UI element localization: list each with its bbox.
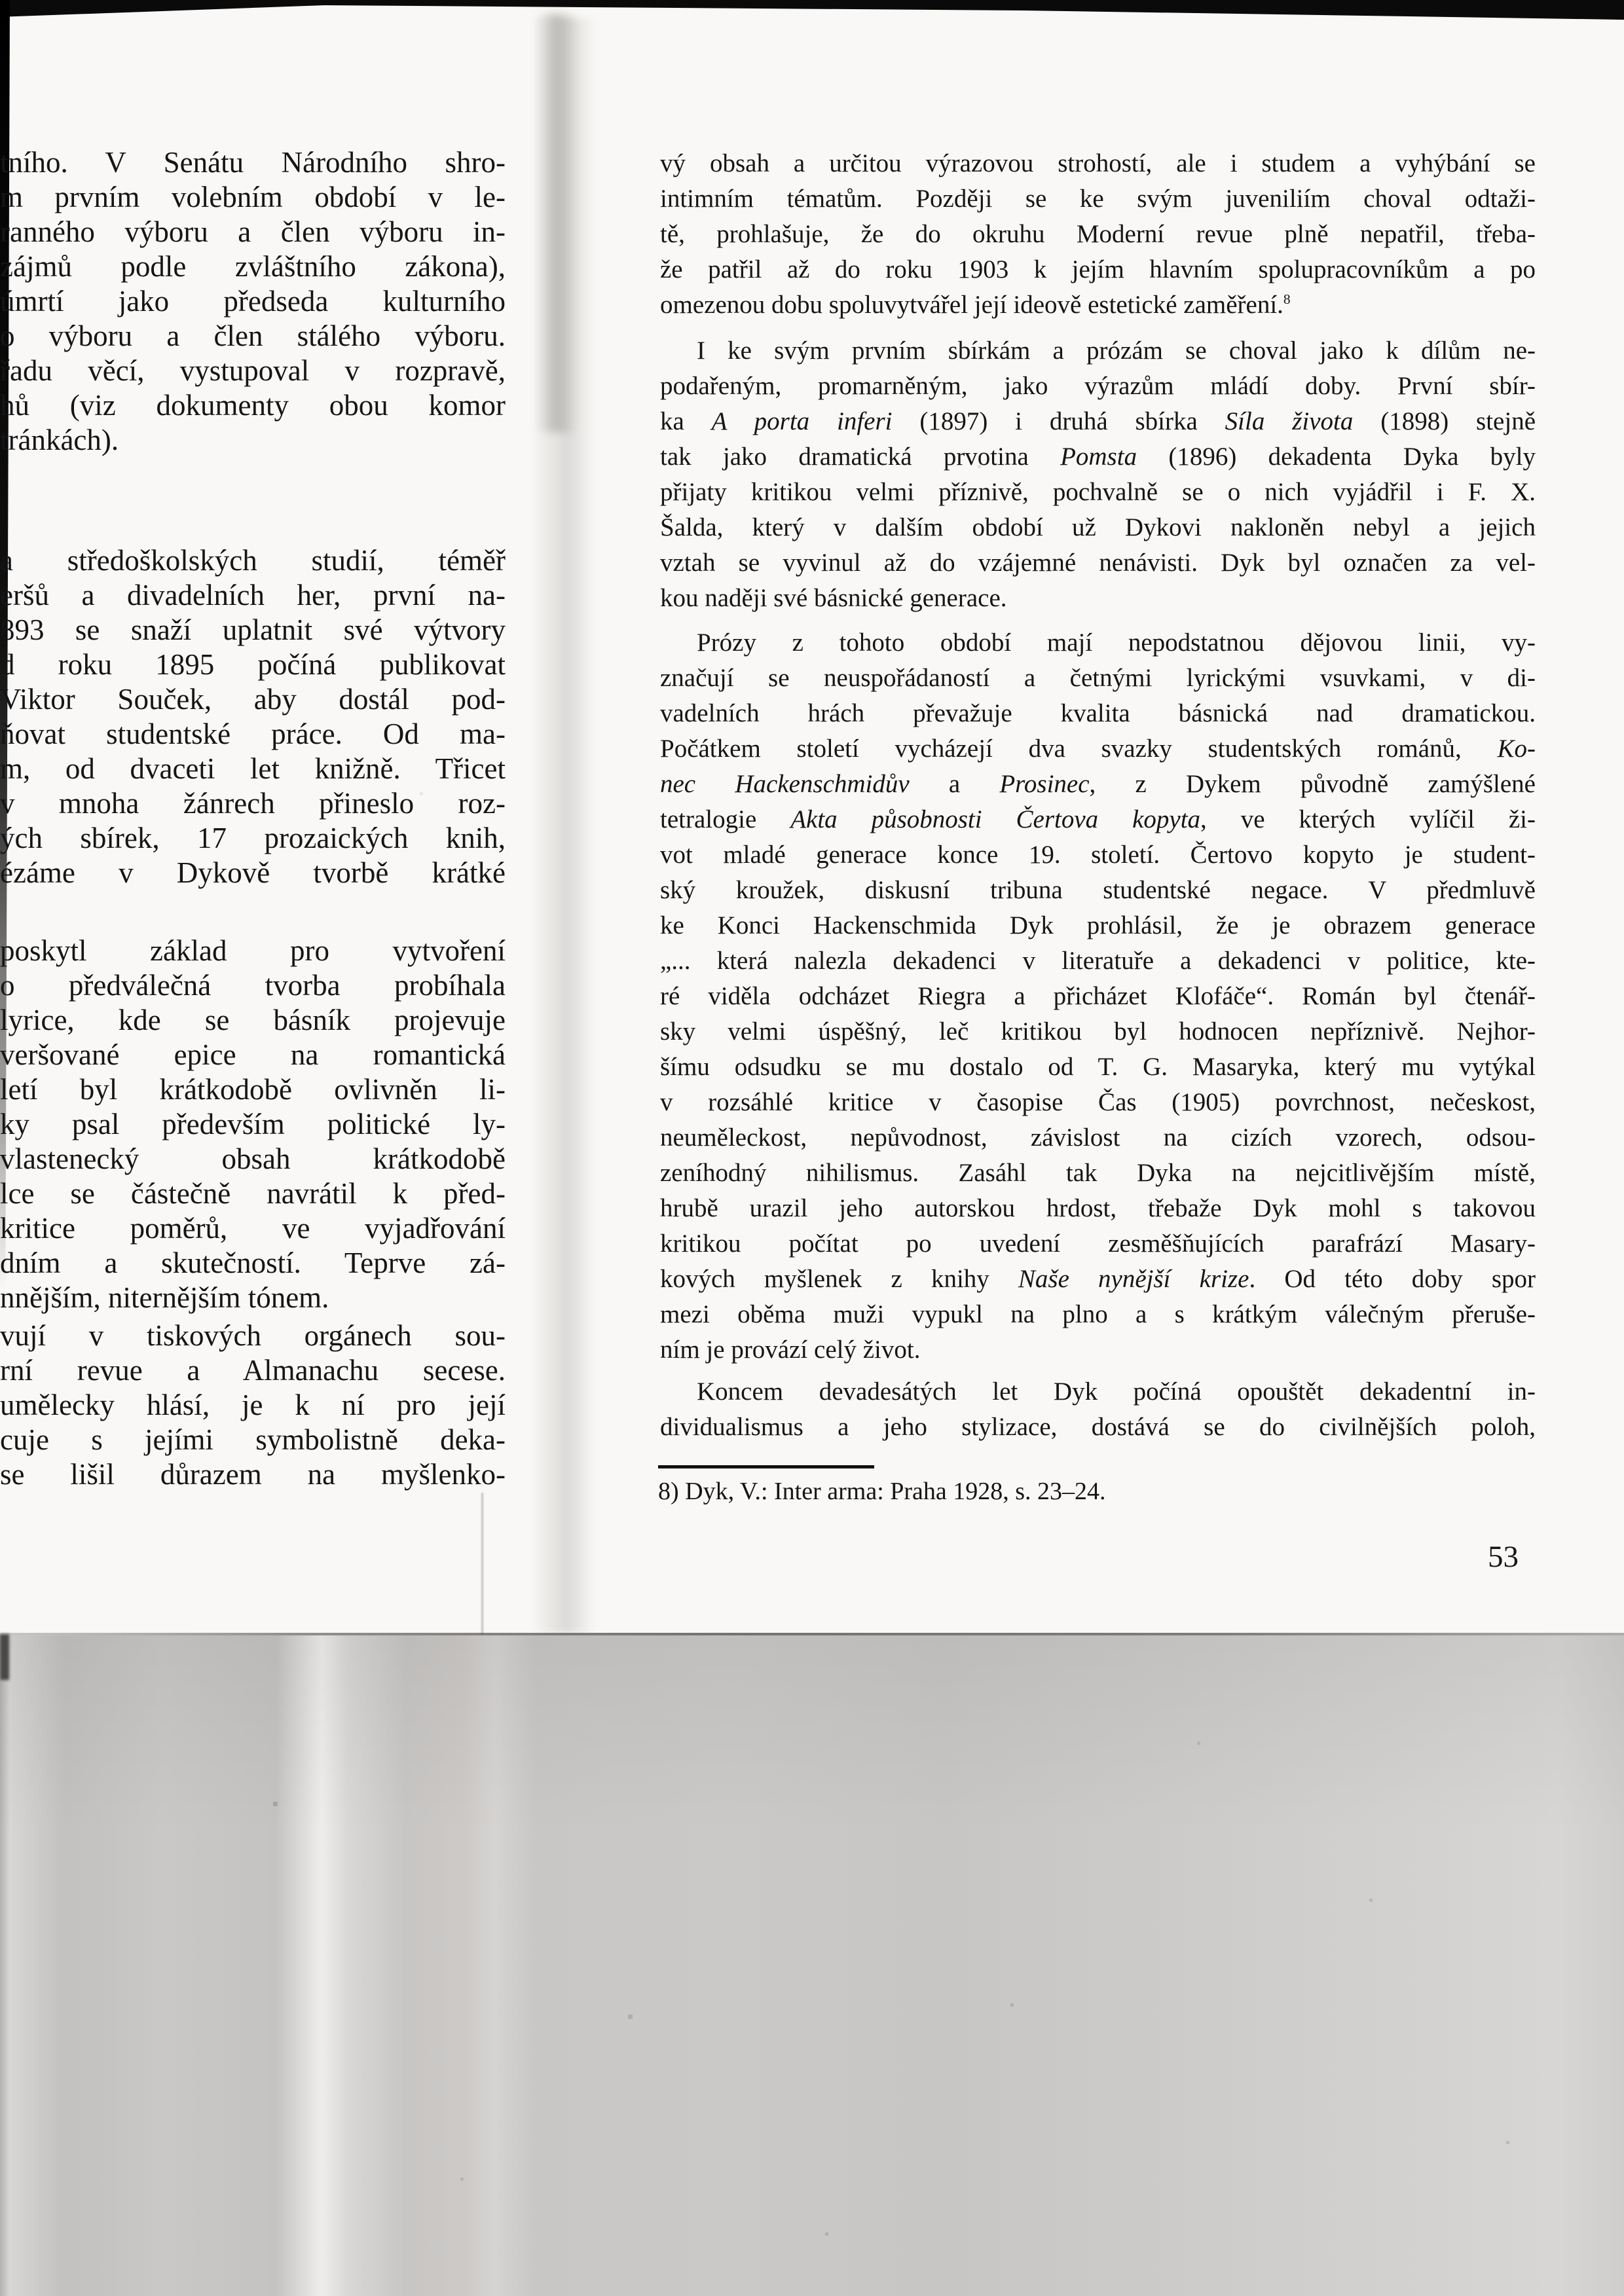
book-spine-shadow-top [536,13,578,432]
text-line: že patřil až do roku 1903 k jejím hlavní… [660,252,1536,287]
paragraph-2: I ke svým prvním sbírkám a prózám se cho… [660,333,1536,616]
text-line: hrubě urazil jeho autorskou hrdost, třeb… [660,1191,1536,1226]
text-line: ky psal především politické ly- [0,1107,506,1142]
text-line: tak jako dramatická prvotina Pomsta (189… [660,439,1536,475]
text-line: vadelních hrách převažuje kvalita básnic… [660,696,1536,731]
text-line: podařeným, promarněným, jako výrazům mlá… [660,369,1536,404]
paragraph-3: Prózy z tohoto období mají nepodstatnou … [660,625,1536,1368]
text-line: ním je provází celý život. [660,1332,1536,1368]
right-page-column: vý obsah a určitou výrazovou strohostí, … [660,146,1536,1445]
text-line: Počátkem století vycházejí dva svazky st… [660,731,1536,767]
text-line: mezi oběma muži vypukl na plno a s krátk… [660,1297,1536,1332]
text-line: lce se částečně navrátil k před- [0,1176,506,1211]
text-line: kritice poměrů, ve vyjadřování [0,1211,506,1246]
text-line: o výboru a člen stálého výboru. [0,319,506,354]
text-line: tního. V Senátu Národního shro- [0,145,506,180]
text-line: poskytl základ pro vytvoření [0,934,506,968]
text-line: značují se neuspořádaností a četnými lyr… [660,661,1536,696]
text-line: vztah se vyvinul až do vzájemné nenávist… [660,545,1536,581]
left-page-column: tního. V Senátu Národního shro-m prvním … [0,145,506,1492]
text-line: omezenou dobu spoluvytvářel její ideově … [660,287,1536,323]
text-line: hů (viz dokumenty obou komor [0,388,506,423]
text-line: I ke svým prvním sbírkám a prózám se cho… [660,333,1536,369]
text-line: lyrice, kde se básník projevuje [0,1003,506,1038]
text-line: vují v tiskových orgánech sou- [0,1319,506,1353]
text-line: ský kroužek, diskusní tribuna studentské… [660,873,1536,908]
text-line: veršované epice na romantická [0,1038,506,1072]
text-line: Viktor Souček, aby dostál pod- [0,682,506,717]
text-line: úmrtí jako předseda kulturního [0,284,506,319]
text-line: kou naději své básnické generace. [660,581,1536,616]
text-line: zájmů podle zvláštního zákona), [0,249,506,284]
footnote: 8) Dyk, V.: Inter arma: Praha 1928, s. 2… [658,1476,1536,1506]
left-text-block-4: vují v tiskových orgánech sou-rní revue … [0,1319,506,1492]
text-line: nec Hackenschmidův a Prosinec, z Dykem p… [660,767,1536,802]
text-line: a středoškolských studií, téměř [0,543,506,578]
text-line: zeníhodný nihilismus. Zasáhl tak Dyka na… [660,1156,1536,1191]
text-line: nnějším, niternějším tónem. [0,1281,506,1315]
text-line: Šalda, který v dalším období už Dykovi n… [660,510,1536,545]
text-line: tránkách). [0,423,506,458]
text-line: m, od dvaceti let knižně. Třicet [0,752,506,786]
text-line: ňovat studentské práce. Od ma- [0,717,506,752]
text-line: d roku 1895 počíná publikovat [0,647,506,682]
text-line: ke Konci Hackenschmida Dyk prohlásil, že… [660,908,1536,943]
text-line: v rozsáhlé kritice v časopise Čas (1905)… [660,1085,1536,1120]
text-line: m prvním volebním období v le- [0,180,506,215]
text-line: sky velmi úspěšný, leč kritikou byl hodn… [660,1014,1536,1049]
scanned-book-page: tního. V Senátu Národního shro-m prvním … [0,0,1624,2296]
text-line: dividualismus a jeho stylizace, dostává … [660,1410,1536,1445]
text-line: cuje s jejími symbolistně deka- [0,1423,506,1457]
left-text-block-3: poskytl základ pro vytvořenío předválečn… [0,934,506,1315]
left-text-block-2: a středoškolských studií, téměřeršů a di… [0,543,506,890]
page-number: 53 [1488,1540,1519,1574]
text-line: „... která nalezla dekadenci v literatuř… [660,943,1536,979]
text-line: v mnoha žánrech přineslo roz- [0,786,506,821]
top-scan-edge [0,0,1624,21]
text-line: kritikou počítat po uvedení zesměšňující… [660,1226,1536,1262]
scanner-background [0,1635,1624,2296]
left-text-block-1: tního. V Senátu Národního shro-m prvním … [0,145,506,458]
text-line: vý obsah a určitou výrazovou strohostí, … [660,146,1536,181]
footnote-rule [658,1465,874,1468]
text-line: vot mladé generace konce 19. století. Če… [660,837,1536,873]
text-line: ých sbírek, 17 prozaických knih, [0,821,506,856]
paragraph-4: Koncem devadesátých let Dyk počíná opouš… [660,1374,1536,1445]
text-line: intimním tématům. Později se ke svým juv… [660,181,1536,217]
text-line: šímu odsudku se mu dostalo od T. G. Masa… [660,1049,1536,1085]
text-line: tě, prohlašuje, že do okruhu Moderní rev… [660,217,1536,252]
corner-smudge [0,1634,9,1680]
text-line: ka A porta inferi (1897) i druhá sbírka … [660,404,1536,439]
text-line: eršů a divadelních her, první na- [0,578,506,613]
text-line: řadu věcí, vystupoval v rozpravě, [0,354,506,388]
text-line: letí byl krátkodobě ovlivněn li- [0,1072,506,1107]
paragraph-1: vý obsah a určitou výrazovou strohostí, … [660,146,1536,323]
text-line: ré viděla odcházet Riegra a přicházet Kl… [660,979,1536,1014]
text-line: vlastenecký obsah krátkodobě [0,1142,506,1176]
text-line: se lišil důrazem na myšlenko- [0,1457,506,1492]
text-line: ézáme v Dykově tvorbě krátké [0,856,506,890]
dust-specks [0,0,1,1]
text-line: přijaty kritikou velmi příznivě, pochval… [660,475,1536,510]
text-line: o předválečná tvorba probíhala [0,968,506,1003]
page-bottom-edge [0,1633,1624,1635]
text-line: rní revue a Almanachu secese. [0,1353,506,1388]
text-line: ranného výboru a člen výboru in- [0,215,506,249]
text-line: dním a skutečností. Teprve zá- [0,1246,506,1281]
text-line: Koncem devadesátých let Dyk počíná opouš… [660,1374,1536,1410]
text-line: neuměleckost, nepůvodnost, závislost na … [660,1120,1536,1156]
text-line: Prózy z tohoto období mají nepodstatnou … [660,625,1536,661]
crease-mark [481,1493,483,1634]
text-line: 893 se snaží uplatnit své výtvory [0,613,506,647]
text-line: umělecky hlásí, je k ní pro její [0,1388,506,1423]
text-line: kových myšlenek z knihy Naše nynější kri… [660,1262,1536,1297]
text-line: tetralogie Akta působnosti Čertova kopyt… [660,802,1536,837]
